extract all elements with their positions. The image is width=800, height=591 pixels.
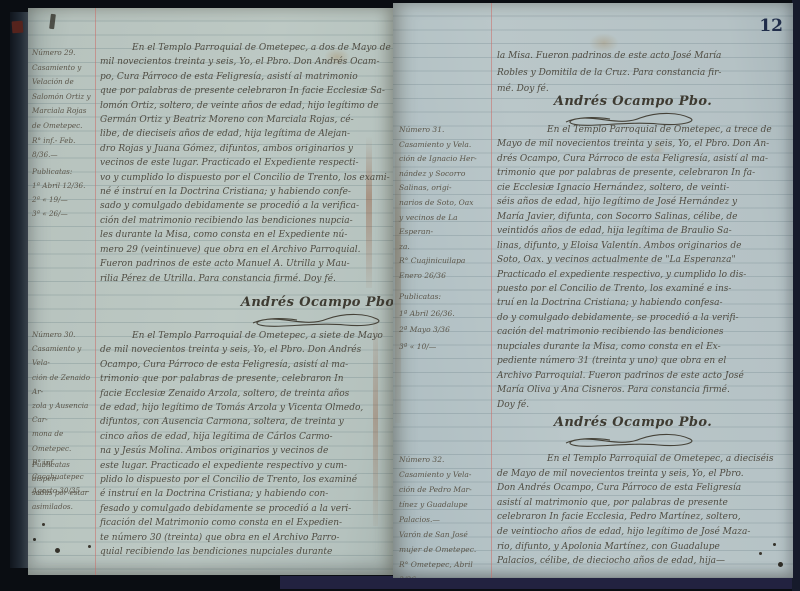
ink-specks bbox=[33, 538, 36, 541]
record29-publicatas: Publicatas: 1ª Abril 12/36. 2ª « 19/— 3ª… bbox=[32, 165, 96, 221]
record31-margin-note: Número 31. Casamiento y Vela. ción de Ig… bbox=[399, 123, 491, 284]
ink-smudge bbox=[49, 14, 56, 29]
bookmark-tab bbox=[12, 21, 24, 34]
record29-margin-note: Número 29. Casamiento y Velación de Salo… bbox=[32, 46, 96, 163]
record32-margin-note: Número 32. Casamiento y Vela- ción de Pe… bbox=[399, 452, 491, 578]
record30-publicatas: Publicatas dispen- sadas por estar asimi… bbox=[32, 458, 96, 514]
signature-name: Andrés Ocampo Pbo. bbox=[554, 415, 712, 430]
right-page-margin-rule bbox=[491, 3, 492, 578]
record31-body: En el Templo Parroquial de Ometepec, a t… bbox=[497, 123, 785, 412]
record29-signature: Andrés Ocampo Pbo. bbox=[240, 295, 393, 330]
record29-body: En el Templo Parroquial de Ometepec, a d… bbox=[100, 41, 392, 286]
record31-signature: Andrés Ocampo Pbo. bbox=[553, 415, 713, 450]
page-number: 12 bbox=[759, 17, 783, 35]
signature-flourish-icon bbox=[558, 430, 708, 450]
book-cover-right-edge bbox=[792, 0, 800, 591]
record31-publicatas: Publicatas: 1ª Abril 26/36. 2ª Mayo 3/36… bbox=[399, 289, 491, 355]
record32-body: En el Templo Parroquial de Ometepec, a d… bbox=[497, 452, 785, 569]
signature-name: Andrés Ocampo Pbo. bbox=[554, 94, 712, 109]
signature-name: Andrés Ocampo Pbo. bbox=[241, 295, 393, 310]
record30-body: En el Templo Parroquial de Ometepec, a s… bbox=[100, 329, 392, 560]
left-page: Número 29. Casamiento y Velación de Salo… bbox=[28, 8, 393, 575]
page-stack-edge bbox=[10, 12, 28, 568]
signature-flourish-icon bbox=[245, 310, 393, 330]
registry-book-scan: Número 29. Casamiento y Velación de Salo… bbox=[0, 0, 800, 591]
right-page: 12 la Misa. Fueron padrinos de este acto… bbox=[393, 3, 793, 578]
record30-continuation-body: la Misa. Fueron padrinos de este acto Jo… bbox=[497, 48, 785, 98]
